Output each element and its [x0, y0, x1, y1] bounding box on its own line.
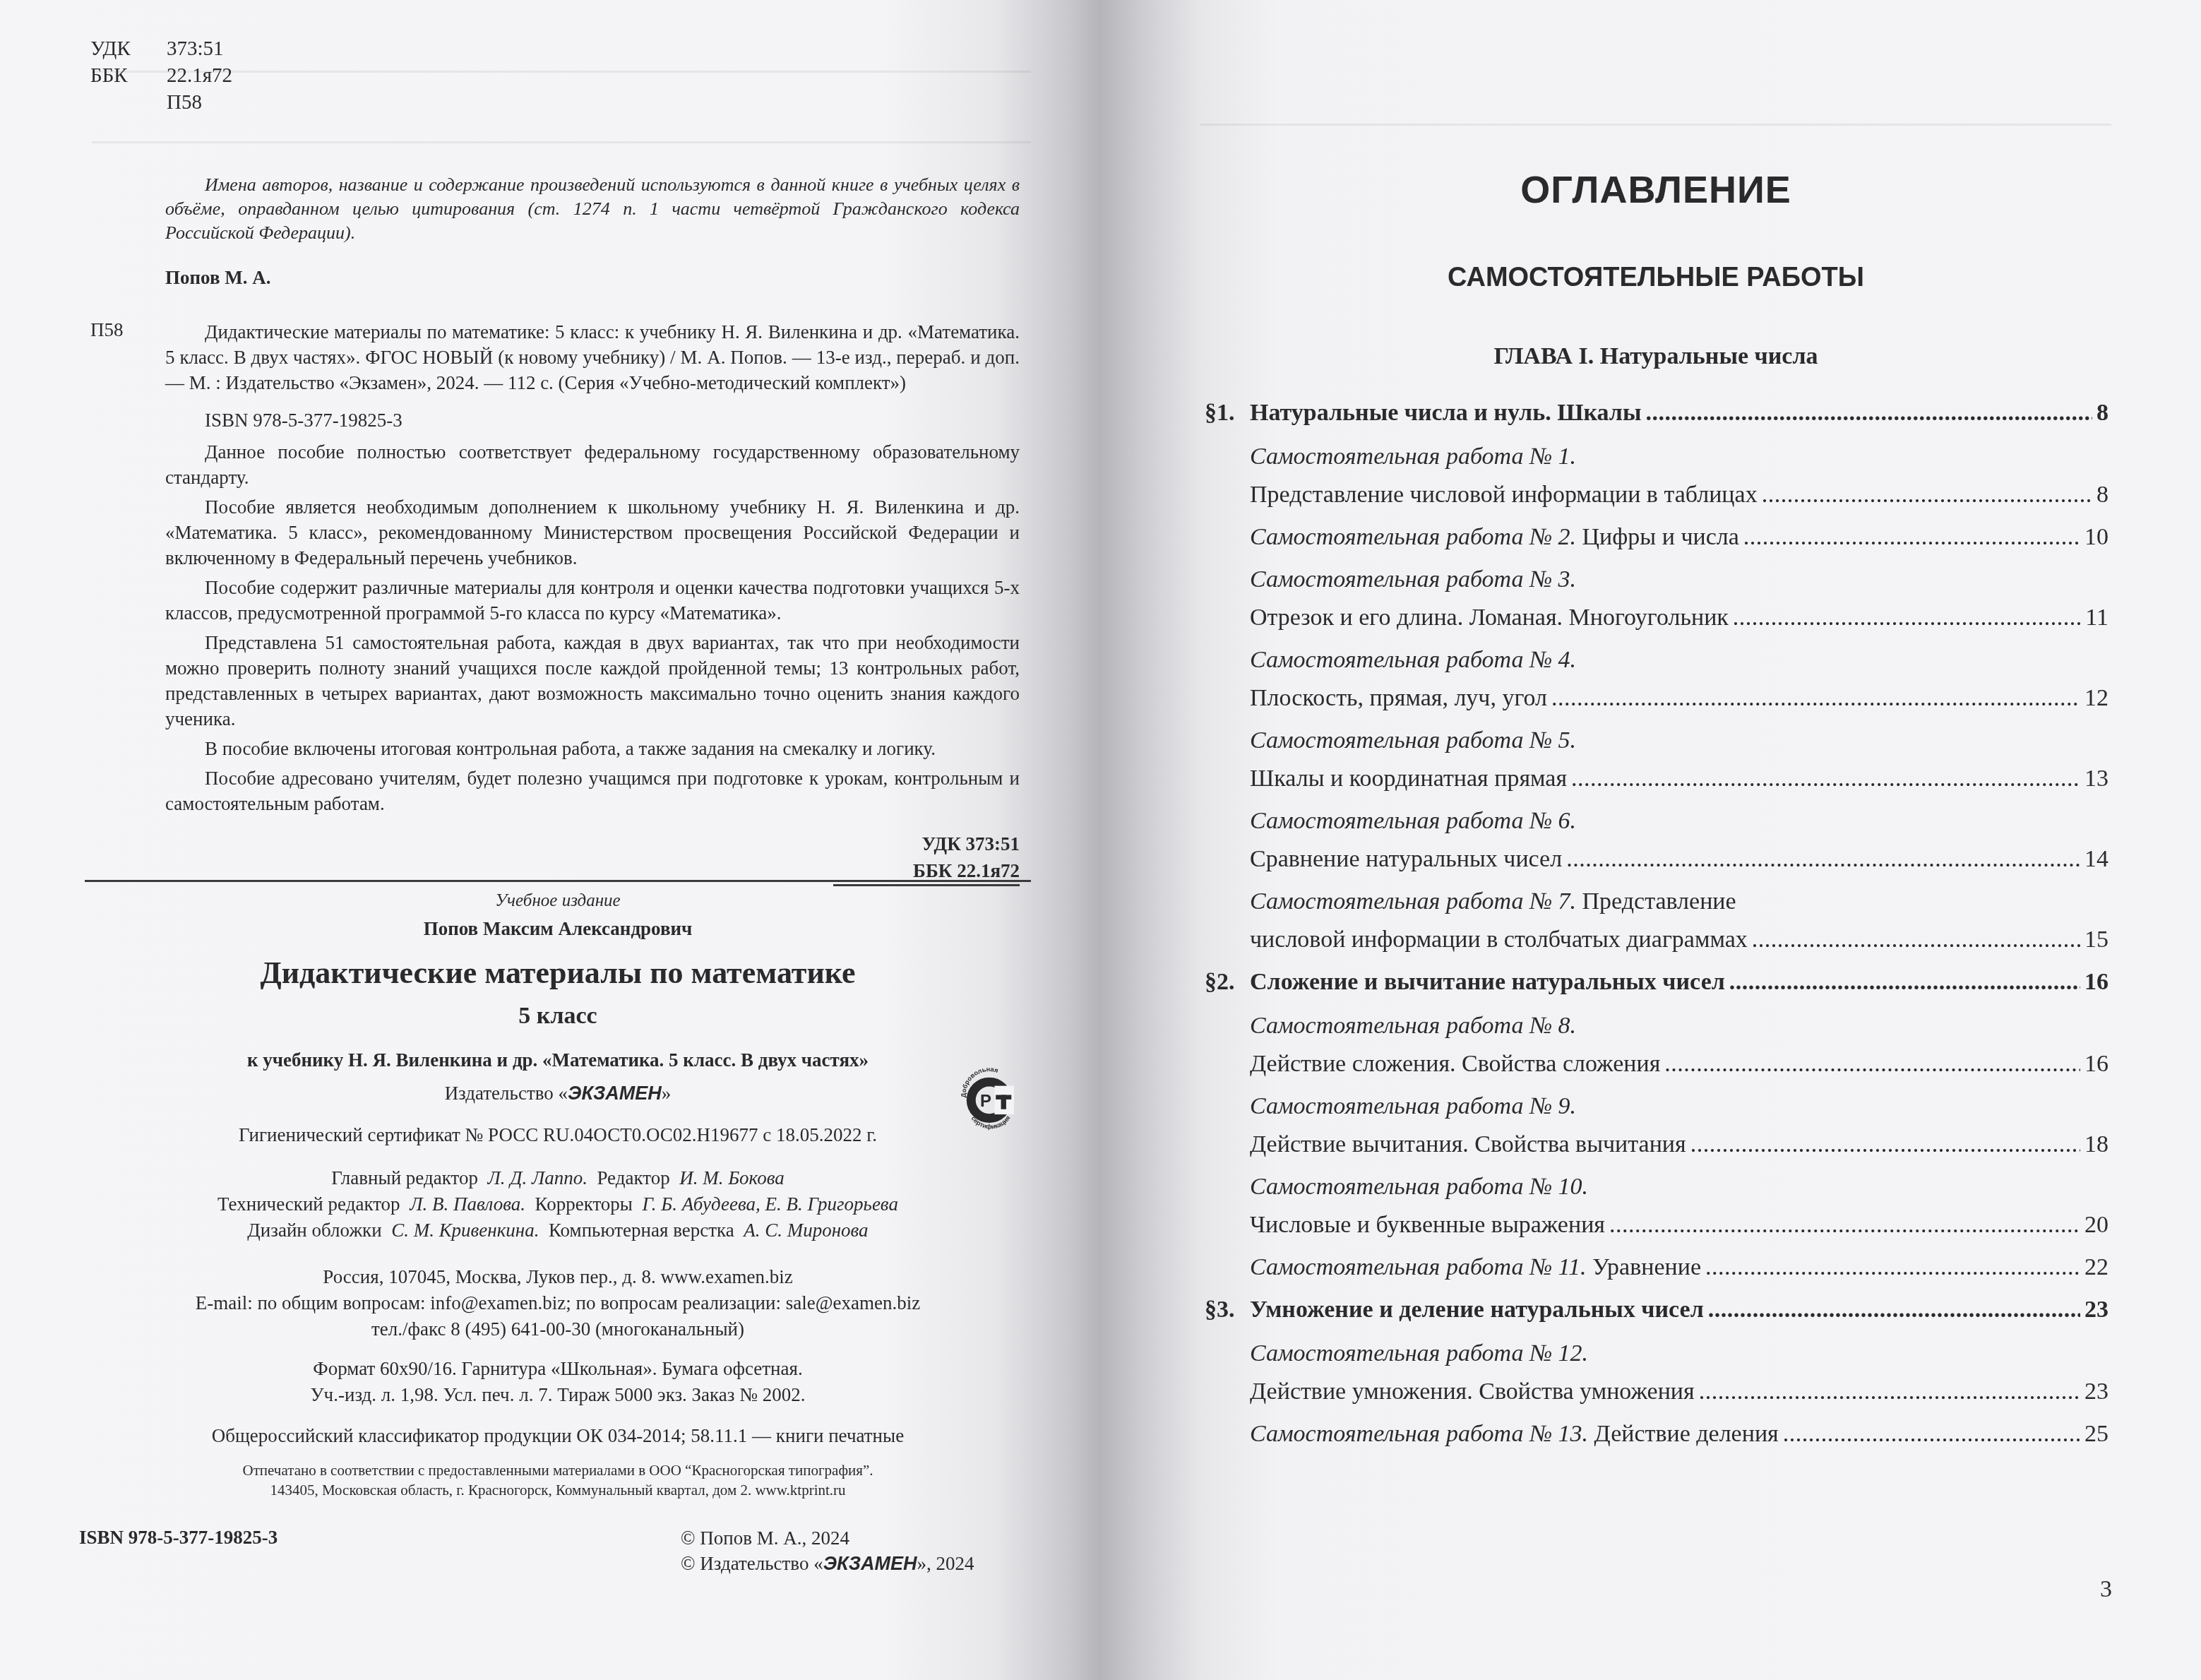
toc-topic-entry[interactable]: Отрезок и его длина. Ломаная. Многоуголь… — [1205, 604, 2108, 647]
printer-info: Отпечатано в соответствии с предоставлен… — [85, 1460, 1031, 1500]
toc-page-number: 14 — [2084, 846, 2108, 873]
copyright-block: © Попов М. А., 2024 © Издательство «ЭКЗА… — [681, 1525, 974, 1576]
toc-entry-text: Сравнение натуральных чисел — [1250, 846, 1562, 873]
staff-role: Технический редактор — [217, 1193, 400, 1215]
staff-role: Дизайн обложки — [247, 1220, 381, 1241]
toc-work-label: Самостоятельная работа № 1. — [1250, 443, 1576, 470]
toc-leader-dots — [1566, 846, 2080, 873]
toc-work-label: Самостоятельная работа № 6. — [1250, 808, 1576, 834]
toc-work-entry[interactable]: Самостоятельная работа № 13. Действие де… — [1205, 1421, 2108, 1463]
staff-name: Л. В. Павлова. — [410, 1193, 525, 1215]
toc-work-label: Самостоятельная работа № 13. — [1250, 1421, 1588, 1447]
toc-entry-text: числовой информации в столбчатых диаграм… — [1250, 927, 1748, 953]
staff-credits: Главный редактор Л. Д. Лаппо. Редактор И… — [85, 1165, 1031, 1244]
copyright-suffix: », 2024 — [917, 1553, 974, 1574]
toc-work-entry[interactable]: Самостоятельная работа № 9. — [1205, 1093, 2108, 1131]
copyright-publisher: © Издательство «ЭКЗАМЕН», 2024 — [681, 1551, 974, 1576]
toc-page-number: 16 — [2084, 969, 2108, 996]
toc-entry-text: Действие сложения. Свойства сложения — [1250, 1051, 1660, 1078]
toc-leader-dots — [1705, 1254, 2080, 1281]
toc-page-number: 25 — [2084, 1421, 2108, 1448]
print-format: Формат 60x90/16. Гарнитура «Школьная». Б… — [85, 1356, 1031, 1408]
isbn-top: ISBN 978-5-377-19825-3 — [205, 410, 402, 431]
toc-work-label: Самостоятельная работа № 4. — [1250, 647, 1576, 673]
toc-leader-dots — [1664, 1051, 2080, 1078]
toc-leader-dots — [1743, 524, 2080, 551]
toc-entry-text: Самостоятельная работа № 3. — [1250, 566, 1576, 593]
toc-page-number: 13 — [2084, 765, 2108, 792]
bleed-through-rule — [92, 141, 1031, 143]
product-classifier: Общероссийский классификатор продукции О… — [85, 1425, 1031, 1447]
toc-leader-dots — [1699, 1378, 2080, 1405]
toc-work-entry[interactable]: Самостоятельная работа № 5. — [1205, 727, 2108, 765]
hygiene-certificate: Гигиенический сертификат № РОСС RU.04ОСТ… — [85, 1124, 1031, 1146]
toc-page-number: 20 — [2084, 1212, 2108, 1239]
toc-work-entry[interactable]: Самостоятельная работа № 10. — [1205, 1174, 2108, 1212]
toc-work-entry[interactable]: Самостоятельная работа № 8. — [1205, 1013, 2108, 1051]
toc-entry-text: Натуральные числа и нуль. Шкалы — [1250, 400, 1641, 427]
toc-page-number: 16 — [2084, 1051, 2108, 1078]
toc-work-entry[interactable]: Самостоятельная работа № 11. Уравнение22 — [1205, 1254, 2108, 1297]
toc-chapter-heading: ГЛАВА I. Натуральные числа — [1200, 343, 2111, 370]
publisher-prefix: Издательство « — [445, 1083, 568, 1104]
toc-work-entry[interactable]: Самостоятельная работа № 12. — [1205, 1340, 2108, 1378]
toc-work-entry[interactable]: Самостоятельная работа № 7. Представлени… — [1205, 888, 2108, 927]
email-line: E-mail: по общим вопросам: info@examen.b… — [85, 1290, 1031, 1316]
annotation-paragraph: Пособие является необходимым дополнением… — [165, 494, 1020, 571]
edition-type: Учебное издание — [85, 891, 1031, 911]
toc-entry-text: Действие умножения. Свойства умножения — [1250, 1378, 1695, 1405]
toc-work-topic: Действие деления — [1594, 1421, 1779, 1447]
printer-line: Отпечатано в соответствии с предоставлен… — [85, 1460, 1031, 1480]
toc-leader-dots — [1752, 927, 2080, 953]
staff-name: С. М. Кривенкина. — [391, 1220, 539, 1241]
book-title: Дидактические материалы по математике — [85, 955, 1031, 991]
staff-line: Дизайн обложки С. М. Кривенкина. Компьют… — [85, 1217, 1031, 1244]
toc-work-label: Самостоятельная работа № 12. — [1250, 1340, 1588, 1366]
toc-paragraph-entry[interactable]: §3.Умножение и деление натуральных чисел… — [1205, 1297, 2108, 1340]
toc-work-label: Самостоятельная работа № 7. — [1250, 888, 1576, 915]
code-key: ББК — [90, 62, 167, 89]
toc-page-number: 12 — [2084, 685, 2108, 712]
bibliographic-record: Дидактические материалы по математике: 5… — [165, 319, 1020, 395]
publisher-brand: ЭКЗАМЕН — [568, 1083, 662, 1104]
toc-entry-text: Самостоятельная работа № 2. Цифры и числ… — [1250, 524, 1739, 551]
bleed-through-rule — [1200, 124, 2111, 126]
staff-role: Главный редактор — [331, 1167, 478, 1188]
staff-line: Технический редактор Л. В. Павлова. Корр… — [85, 1191, 1031, 1217]
toc-entry-text: Самостоятельная работа № 8. — [1250, 1013, 1576, 1039]
toc-leader-dots — [1571, 765, 2080, 792]
staff-name: И. М. Бокова — [679, 1167, 785, 1188]
grade: 5 класс — [85, 1003, 1031, 1030]
toc-leader-dots — [1645, 400, 2092, 427]
toc-entry-text: Самостоятельная работа № 7. Представлени… — [1250, 888, 1736, 915]
annotation: Данное пособие полностью соответствует ф… — [165, 439, 1020, 821]
toc-entry-number: §2. — [1205, 969, 1250, 996]
toc-entry-text: Сложение и вычитание натуральных чисел — [1250, 969, 1725, 996]
toc-entry-text: Плоскость, прямая, луч, угол — [1250, 685, 1547, 712]
toc-entry-text: Самостоятельная работа № 1. — [1250, 443, 1576, 470]
printer-address: 143405, Московская область, г. Красногор… — [85, 1480, 1031, 1500]
publisher-contacts: Россия, 107045, Москва, Луков пер., д. 8… — [85, 1264, 1031, 1342]
toc-leader-dots — [1783, 1421, 2080, 1448]
staff-name: Л. Д. Лаппо. — [487, 1167, 587, 1188]
annotation-paragraph: В пособие включены итоговая контрольная … — [165, 736, 1020, 761]
copyright-prefix: © Издательство « — [681, 1553, 823, 1574]
toc-entry-text: Действие вычитания. Свойства вычитания — [1250, 1131, 1686, 1158]
toc-entry-text: Самостоятельная работа № 13. Действие де… — [1250, 1421, 1779, 1448]
toc-page-number: 10 — [2084, 524, 2108, 551]
toc-page-number: 23 — [2084, 1378, 2108, 1405]
address-line: Россия, 107045, Москва, Луков пер., д. 8… — [85, 1264, 1031, 1290]
toc-topic-entry[interactable]: Сравнение натуральных чисел14 — [1205, 846, 2108, 888]
copyright-brand: ЭКЗАМЕН — [823, 1553, 917, 1574]
udk-bbk-block: УДК 373:51 ББК 22.1я72 — [833, 830, 1020, 886]
toc-section-heading: САМОСТОЯТЕЛЬНЫЕ РАБОТЫ — [1200, 263, 2111, 293]
toc-entry-text: Числовые и буквенные выражения — [1250, 1212, 1605, 1239]
toc-topic-entry[interactable]: Шкалы и координатная прямая13 — [1205, 765, 2108, 808]
format-line: Формат 60x90/16. Гарнитура «Школьная». Б… — [85, 1356, 1031, 1382]
toc-work-label: Самостоятельная работа № 3. — [1250, 566, 1576, 592]
toc-leader-dots — [1551, 685, 2080, 712]
toc-entry-number: §3. — [1205, 1297, 1250, 1323]
print-run-line: Уч.-изд. л. 1,98. Усл. печ. л. 7. Тираж … — [85, 1382, 1031, 1408]
annotation-paragraph: Представлена 51 самостоятельная работа, … — [165, 630, 1020, 732]
book-subtitle: к учебнику Н. Я. Виленкина и др. «Матема… — [85, 1049, 1031, 1071]
toc-entry-text: Шкалы и координатная прямая — [1250, 765, 1567, 792]
toc-page-number: 11 — [2085, 604, 2108, 631]
publisher-suffix: » — [662, 1083, 672, 1104]
bleed-through-rule — [92, 71, 1031, 73]
toc-page-number: 18 — [2084, 1131, 2108, 1158]
toc-topic-entry[interactable]: Действие вычитания. Свойства вычитания18 — [1205, 1131, 2108, 1174]
toc-leader-dots — [1708, 1297, 2080, 1323]
toc-leader-dots — [1609, 1212, 2080, 1239]
toc-work-entry[interactable]: Самостоятельная работа № 6. — [1205, 808, 2108, 846]
toc-topic-entry[interactable]: числовой информации в столбчатых диаграм… — [1205, 927, 2108, 969]
copyright-notice: Имена авторов, название и содержание про… — [165, 173, 1020, 245]
annotation-paragraph: Данное пособие полностью соответствует ф… — [165, 439, 1020, 490]
classification-codes: УДК373:51 ББК22.1я72 П58 — [90, 35, 232, 116]
toc-title: ОГЛАВЛЕНИЕ — [1200, 168, 2111, 212]
catalog-code: П58 — [90, 319, 124, 341]
toc-topic-entry[interactable]: Действие умножения. Свойства умножения23 — [1205, 1378, 2108, 1421]
toc-page-number: 15 — [2084, 927, 2108, 953]
toc-entry-text: Самостоятельная работа № 5. — [1250, 727, 1576, 754]
toc-paragraph-entry[interactable]: §2.Сложение и вычитание натуральных чисе… — [1205, 969, 2108, 1013]
toc-entry-text: Умножение и деление натуральных чисел — [1250, 1297, 1704, 1323]
toc-work-entry[interactable]: Самостоятельная работа № 3. — [1205, 566, 2108, 604]
author-short: Попов М. А. — [165, 267, 270, 289]
toc-entry-text: Отрезок и его длина. Ломаная. Многоуголь… — [1250, 604, 1729, 631]
toc-entry-number: §1. — [1205, 400, 1250, 427]
staff-role: Компьютерная верстка — [549, 1220, 734, 1241]
staff-role: Редактор — [597, 1167, 669, 1188]
svg-text:P: P — [980, 1092, 991, 1111]
toc-work-topic: Цифры и числа — [1582, 524, 1739, 550]
phone-line: тел./факс 8 (495) 641-00-30 (многоканаль… — [85, 1316, 1031, 1342]
staff-name: Г. Б. Абудеева, Е. В. Григорьева — [643, 1193, 898, 1215]
publisher: Издательство «ЭКЗАМЕН» — [85, 1083, 1031, 1104]
author-full: Попов Максим Александрович — [85, 918, 1031, 940]
isbn-bottom: ISBN 978-5-377-19825-3 — [79, 1527, 278, 1549]
toc-entry-text: Представление числовой информации в табл… — [1250, 482, 1758, 508]
toc-work-topic: Уравнение — [1592, 1254, 1701, 1280]
code-value: 22.1я72 — [167, 62, 232, 89]
toc-work-entry[interactable]: Самостоятельная работа № 2. Цифры и числ… — [1205, 524, 2108, 566]
toc-work-label: Самостоятельная работа № 8. — [1250, 1013, 1576, 1039]
toc-entry-text: Самостоятельная работа № 11. Уравнение — [1250, 1254, 1701, 1281]
toc-leader-dots — [1762, 482, 2092, 508]
staff-role: Корректоры — [535, 1193, 633, 1215]
toc-topic-entry[interactable]: Числовые и буквенные выражения20 — [1205, 1212, 2108, 1254]
staff-name: А. С. Миронова — [744, 1220, 868, 1241]
toc-topic-entry[interactable]: Представление числовой информации в табл… — [1205, 482, 2108, 524]
toc-entry-text: Самостоятельная работа № 9. — [1250, 1093, 1576, 1120]
udk-line: УДК 373:51 — [833, 830, 1020, 857]
toc-page-number: 8 — [2096, 400, 2108, 427]
code-value: П58 — [167, 89, 202, 116]
toc-page-number: 22 — [2084, 1254, 2108, 1281]
toc-topic-entry[interactable]: Действие сложения. Свойства сложения16 — [1205, 1051, 2108, 1093]
toc-entry-text: Самостоятельная работа № 6. — [1250, 808, 1576, 835]
toc-entry-text: Самостоятельная работа № 10. — [1250, 1174, 1588, 1201]
annotation-paragraph: Пособие содержит различные материалы для… — [165, 575, 1020, 626]
annotation-paragraph: Пособие адресовано учителям, будет полез… — [165, 765, 1020, 816]
toc-leader-dots — [1733, 604, 2081, 631]
divider-rule — [85, 880, 1031, 882]
toc-page-number: 8 — [2096, 482, 2108, 508]
staff-line: Главный редактор Л. Д. Лаппо. Редактор И… — [85, 1165, 1031, 1191]
code-value: 373:51 — [167, 35, 224, 62]
certification-mark-icon: Добровольная сертификация P Добровольная… — [957, 1066, 1022, 1131]
toc-work-label: Самостоятельная работа № 2. — [1250, 524, 1576, 550]
toc-work-label: Самостоятельная работа № 10. — [1250, 1174, 1588, 1200]
toc-work-label: Самостоятельная работа № 9. — [1250, 1093, 1576, 1119]
toc-work-entry[interactable]: Самостоятельная работа № 1. — [1205, 443, 2108, 482]
code-key — [90, 89, 167, 116]
toc-work-label: Самостоятельная работа № 11. — [1250, 1254, 1587, 1280]
toc-entry-text: Самостоятельная работа № 4. — [1250, 647, 1576, 674]
toc-entry-text: Самостоятельная работа № 12. — [1250, 1340, 1588, 1367]
toc-list: §1.Натуральные числа и нуль. Шкалы8Самос… — [1205, 400, 2108, 1463]
toc-work-entry[interactable]: Самостоятельная работа № 4. — [1205, 647, 2108, 685]
page-number: 3 — [2100, 1576, 2112, 1603]
toc-paragraph-entry[interactable]: §1.Натуральные числа и нуль. Шкалы8 — [1205, 400, 2108, 443]
toc-work-topic: Представление — [1582, 888, 1736, 915]
copyright-author: © Попов М. А., 2024 — [681, 1525, 974, 1551]
toc-work-label: Самостоятельная работа № 5. — [1250, 727, 1576, 753]
code-key: УДК — [90, 35, 167, 62]
toc-leader-dots — [1729, 969, 2080, 996]
toc-topic-entry[interactable]: Плоскость, прямая, луч, угол12 — [1205, 685, 2108, 727]
toc-page-number: 23 — [2084, 1297, 2108, 1323]
toc-leader-dots — [1690, 1131, 2080, 1158]
